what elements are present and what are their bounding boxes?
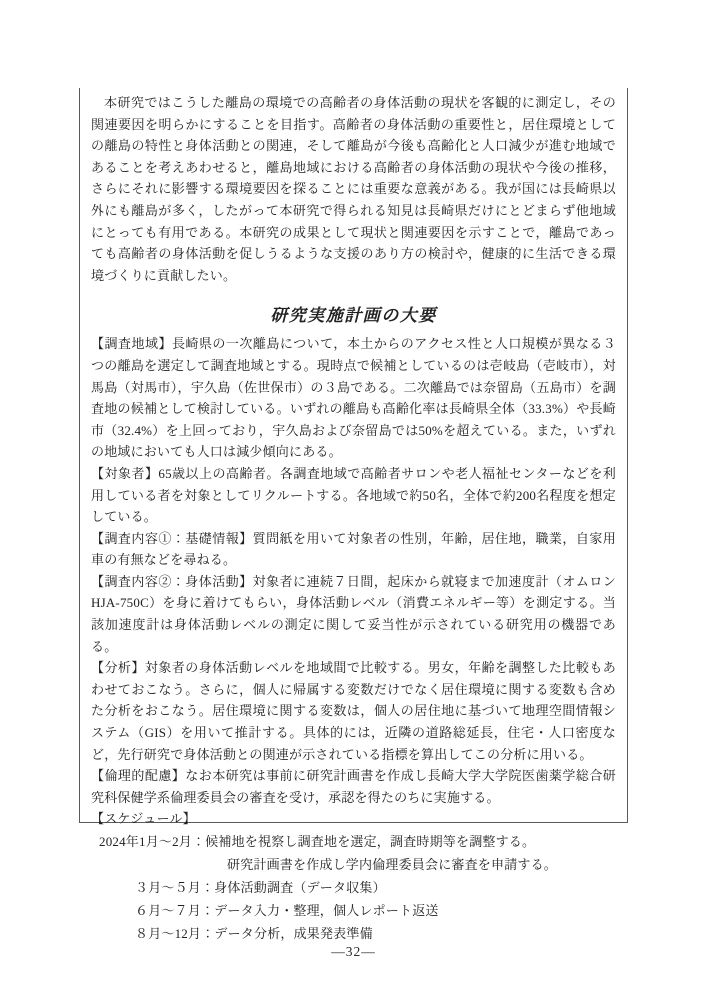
schedule-line: ６月～７月：データ入力・整理，個人レポート返送 — [91, 899, 616, 922]
schedule-label: 【スケジュール】 — [91, 808, 616, 830]
schedule-line: 2024年1月～2月：候補地を視察し調査地を選定，調査時期等を調整する。 — [91, 830, 616, 853]
schedule-line: 研究計画書を作成し学内倫理委員会に審査を申請する。 — [91, 853, 616, 876]
section-survey-content-2: 【調査内容②：身体活動】対象者に連続７日間，起床から就寝まで加速度計（オムロン … — [91, 571, 616, 657]
schedule-line: ８月～12月：データ分析，成果発表準備 — [91, 922, 616, 945]
section-survey-content-1: 【調査内容①：基礎情報】質問紙を用いて対象者の性別，年齢，居住地，職業，自家用車… — [91, 528, 616, 571]
section-ethics: 【倫理的配慮】なお本研究は事前に研究計画書を作成し長崎大学大学院医歯薬学総合研究… — [91, 765, 616, 808]
schedule-block: 【スケジュール】 2024年1月～2月：候補地を視察し調査地を選定，調査時期等を… — [91, 808, 616, 945]
intro-paragraph: 本研究ではこうした離島の環境での高齢者の身体活動の現状を客観的に測定し，その関連… — [91, 92, 616, 286]
sections-block: 【調査地域】長崎県の一次離島について，本土からのアクセス性と人口規模が異なる３つ… — [91, 333, 616, 808]
section-analysis: 【分析】対象者の身体活動レベルを地域間で比較する。男女，年齢を調整した比較もあわ… — [91, 657, 616, 765]
page-title: 研究実施計画の大要 — [91, 304, 616, 328]
content-frame: 本研究ではこうした離島の環境での高齢者の身体活動の現状を客観的に測定し，その関連… — [79, 88, 628, 823]
section-participants: 【対象者】65歳以上の高齢者。各調査地域で高齢者サロンや老人福祉センターなどを利… — [91, 463, 616, 528]
section-survey-area: 【調査地域】長崎県の一次離島について，本土からのアクセス性と人口規模が異なる３つ… — [91, 333, 616, 463]
page-number: —32— — [0, 944, 707, 960]
schedule-line: ３月～５月：身体活動調査（データ収集） — [91, 876, 616, 899]
